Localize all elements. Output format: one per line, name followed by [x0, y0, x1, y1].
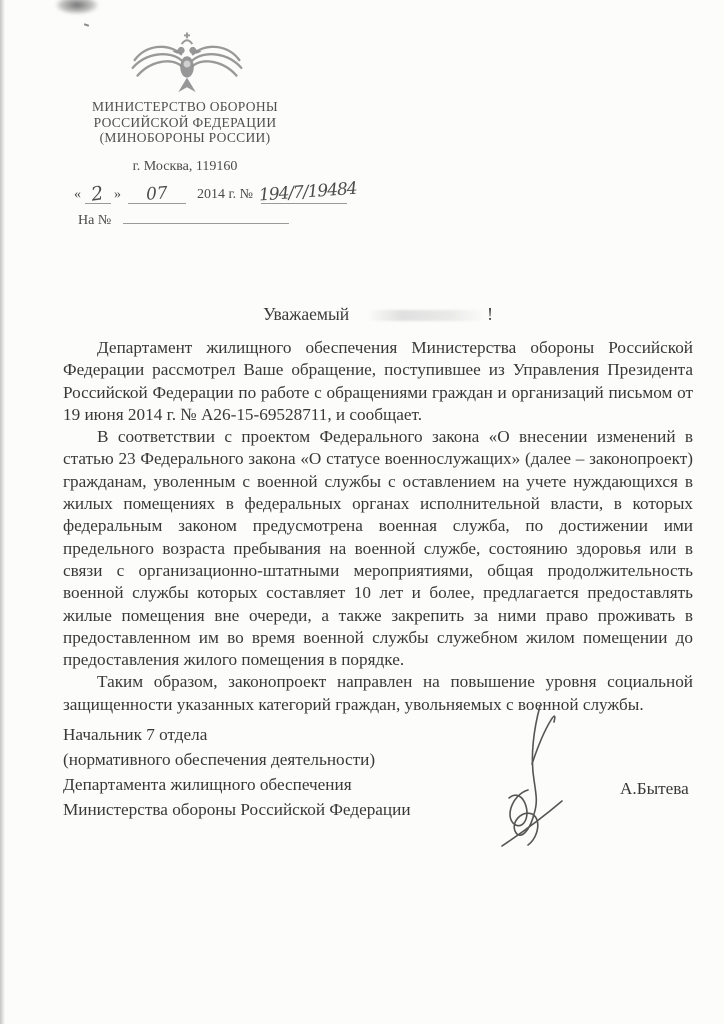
signer-title-line3: Департамента жилищного обеспечения — [63, 772, 411, 797]
year-number-label: 2014 г. № — [197, 187, 253, 202]
handwritten-month: 07 — [145, 183, 168, 204]
salutation-suffix: ! — [487, 304, 493, 324]
signer-title-line1: Начальник 7 отдела — [63, 722, 411, 747]
scan-edge-shadow — [0, 0, 5, 1024]
paragraph-2: В соответствии с проектом Федерального з… — [63, 426, 693, 671]
signer-title-line2: (нормативного обеспечения деятельности) — [63, 747, 411, 772]
day-underline: 2 — [85, 181, 111, 204]
handwritten-signature — [494, 698, 580, 858]
salutation-prefix: Уважаемый — [263, 304, 349, 324]
signer-title-line4: Министерства обороны Российской Федераци… — [63, 797, 411, 822]
org-address: г. Москва, 119160 — [65, 159, 305, 175]
signer-name: А.Бытева — [620, 779, 689, 799]
emblem-shield — [184, 61, 191, 68]
paragraph-1: Департамент жилищного обеспечения Минист… — [63, 337, 693, 426]
redacted-name — [367, 310, 485, 321]
paragraph-3: Таким образом, законопроект направлен на… — [63, 671, 693, 716]
org-name-line1: МИНИСТЕРСТВО ОБОРОНЫ — [65, 99, 305, 115]
mod-eagle-emblem-icon — [128, 31, 246, 97]
org-name-line2: РОССИЙСКОЙ ФЕДЕРАЦИИ — [65, 115, 305, 131]
open-quote: « — [74, 187, 81, 202]
handwritten-day: 2 — [90, 182, 105, 205]
scanned-letter-page: МИНИСТЕРСТВО ОБОРОНЫ РОССИЙСКОЙ ФЕДЕРАЦИ… — [0, 0, 724, 1024]
number-underline: 194/7/19484 — [261, 183, 347, 204]
org-name-block: МИНИСТЕРСТВО ОБОРОНЫ РОССИЙСКОЙ ФЕДЕРАЦИ… — [65, 99, 305, 146]
month-underline: 07 — [128, 183, 186, 204]
reference-label: На № — [78, 213, 111, 228]
salutation: Уважаемый! — [63, 304, 693, 325]
letter-body: Департамент жилищного обеспечения Минист… — [63, 337, 693, 716]
close-quote: » — [114, 187, 121, 202]
date-line: « 2 » 07 2014 г. № 194/7/19484 — [74, 181, 494, 207]
reference-line: На № — [78, 210, 289, 229]
signature-title-block: Начальник 7 отдела (нормативного обеспеч… — [63, 722, 411, 822]
scan-smudge — [56, 0, 98, 14]
org-name-line3: (МИНОБОРОНЫ РОССИИ) — [65, 130, 305, 146]
scan-speck — [84, 23, 89, 27]
reference-blank-line — [123, 210, 289, 224]
handwritten-outgoing-number: 194/7/19484 — [258, 179, 357, 206]
